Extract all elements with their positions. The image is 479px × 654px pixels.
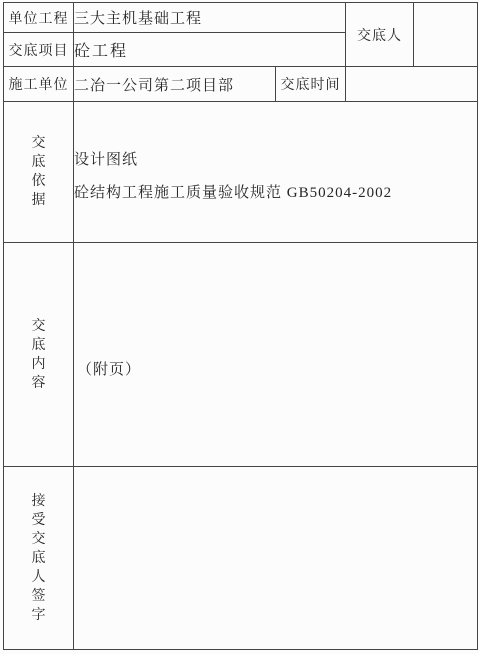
recipient-signature-label-cell: 接受交底人签字 [4,467,74,650]
briefing-content-attachment-note: （附页） [74,361,477,380]
briefing-content-label-cell: 交底内容 [4,243,74,467]
briefing-record-page: 单位工程 三大主机基础工程 交底人 交底项目 砼工程 施工单位 二冶一公司第二项… [0,0,479,654]
briefing-basis-line-1: 设计图纸 [74,151,477,170]
unit-project-value: 三大主机基础工程 [74,3,346,33]
briefing-time-label: 交底时间 [276,67,346,102]
briefing-content-label: 交底内容 [31,317,47,393]
recipient-signature-area [74,467,478,650]
briefing-time-value-cell [346,67,478,102]
briefing-basis-line-2: 砼结构工程施工质量验收规范 GB50204-2002 [74,184,477,203]
briefing-basis-content-cell: 设计图纸 砼结构工程施工质量验收规范 GB50204-2002 [74,102,478,243]
row-briefing-basis: 交底依据 设计图纸 砼结构工程施工质量验收规范 GB50204-2002 [4,102,478,243]
row-construction-unit: 施工单位 二冶一公司第二项目部 交底时间 [4,67,478,102]
briefing-person-value-cell [414,3,478,67]
briefing-item-value: 砼工程 [74,33,346,67]
construction-unit-label: 施工单位 [4,67,74,102]
briefing-person-label: 交底人 [346,3,414,67]
unit-project-label: 单位工程 [4,3,74,33]
row-recipient-signature: 接受交底人签字 [4,467,478,650]
briefing-item-label: 交底项目 [4,33,74,67]
row-briefing-content: 交底内容 （附页） [4,243,478,467]
briefing-basis-label: 交底依据 [31,134,47,210]
briefing-basis-label-cell: 交底依据 [4,102,74,243]
briefing-content-cell: （附页） [74,243,478,467]
construction-unit-value: 二冶一公司第二项目部 [74,67,276,102]
briefing-form-table: 单位工程 三大主机基础工程 交底人 交底项目 砼工程 施工单位 二冶一公司第二项… [3,2,478,650]
row-unit-project: 单位工程 三大主机基础工程 交底人 [4,3,478,33]
recipient-signature-label: 接受交底人签字 [31,492,47,625]
